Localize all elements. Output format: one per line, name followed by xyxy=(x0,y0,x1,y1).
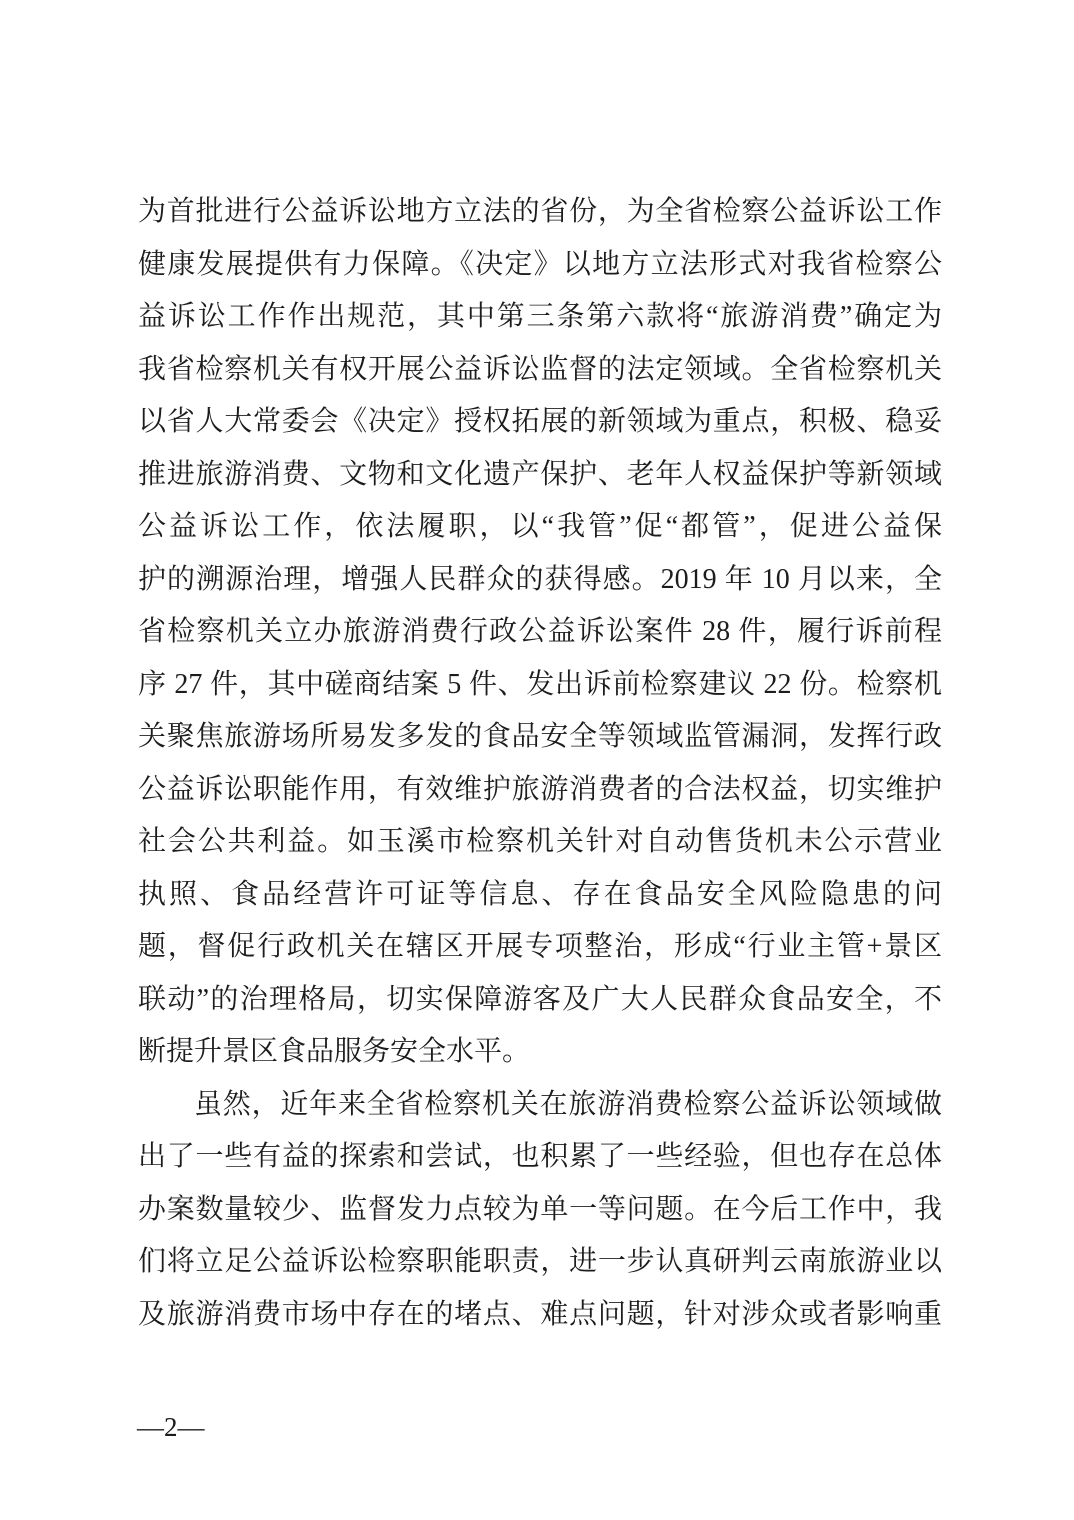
text-line: 公益诉讼职能作用，有效维护旅游消费者的合法权益，切实维护 xyxy=(138,764,942,817)
text-line: 断提升景区食品服务安全水平。 xyxy=(138,1026,942,1079)
text-line: 公益诉讼工作，依法履职，以“我管”促“都管”，促进公益保 xyxy=(138,501,942,554)
text-line: 我省检察机关有权开展公益诉讼监督的法定领域。全省检察机关 xyxy=(138,344,942,397)
text-line: 关聚焦旅游场所易发多发的食品安全等领域监管漏洞，发挥行政 xyxy=(138,711,942,764)
text-line: 推进旅游消费、文物和文化遗产保护、老年人权益保护等新领域 xyxy=(138,449,942,502)
text-line: 及旅游消费市场中存在的堵点、难点问题，针对涉众或者影响重 xyxy=(138,1289,942,1342)
text-line: 联动”的治理格局，切实保障游客及广大人民群众食品安全，不 xyxy=(138,974,942,1027)
text-line: 题，督促行政机关在辖区开展专项整治，形成“行业主管+景区 xyxy=(138,921,942,974)
text-line: 社会公共利益。如玉溪市检察机关针对自动售货机未公示营业 xyxy=(138,816,942,869)
document-body: 为首批进行公益诉讼地方立法的省份，为全省检察公益诉讼工作健康发展提供有力保障。《… xyxy=(138,186,942,1341)
text-line: 执照、食品经营许可证等信息、存在食品安全风险隐患的问 xyxy=(138,869,942,922)
text-line: 办案数量较少、监督发力点较为单一等问题。在今后工作中，我 xyxy=(138,1184,942,1237)
text-line: 序 27 件，其中磋商结案 5 件、发出诉前检察建议 22 份。检察机 xyxy=(138,659,942,712)
text-line: 虽然，近年来全省检察机关在旅游消费检察公益诉讼领域做 xyxy=(138,1079,942,1132)
text-line: 健康发展提供有力保障。《决定》以地方立法形式对我省检察公 xyxy=(138,239,942,292)
text-line: 护的溯源治理，增强人民群众的获得感。2019 年 10 月以来，全 xyxy=(138,554,942,607)
text-line: 出了一些有益的探索和尝试，也积累了一些经验，但也存在总体 xyxy=(138,1131,942,1184)
text-line: 省检察机关立办旅游消费行政公益诉讼案件 28 件，履行诉前程 xyxy=(138,606,942,659)
text-line: 以省人大常委会《决定》授权拓展的新领域为重点，积极、稳妥 xyxy=(138,396,942,449)
text-line: 为首批进行公益诉讼地方立法的省份，为全省检察公益诉讼工作 xyxy=(138,186,942,239)
text-line: 们将立足公益诉讼检察职能职责，进一步认真研判云南旅游业以 xyxy=(138,1236,942,1289)
text-line: 益诉讼工作作出规范，其中第三条第六款将“旅游消费”确定为 xyxy=(138,291,942,344)
page-number: —2— xyxy=(137,1407,205,1447)
document-page: 为首批进行公益诉讼地方立法的省份，为全省检察公益诉讼工作健康发展提供有力保障。《… xyxy=(0,0,1074,1520)
